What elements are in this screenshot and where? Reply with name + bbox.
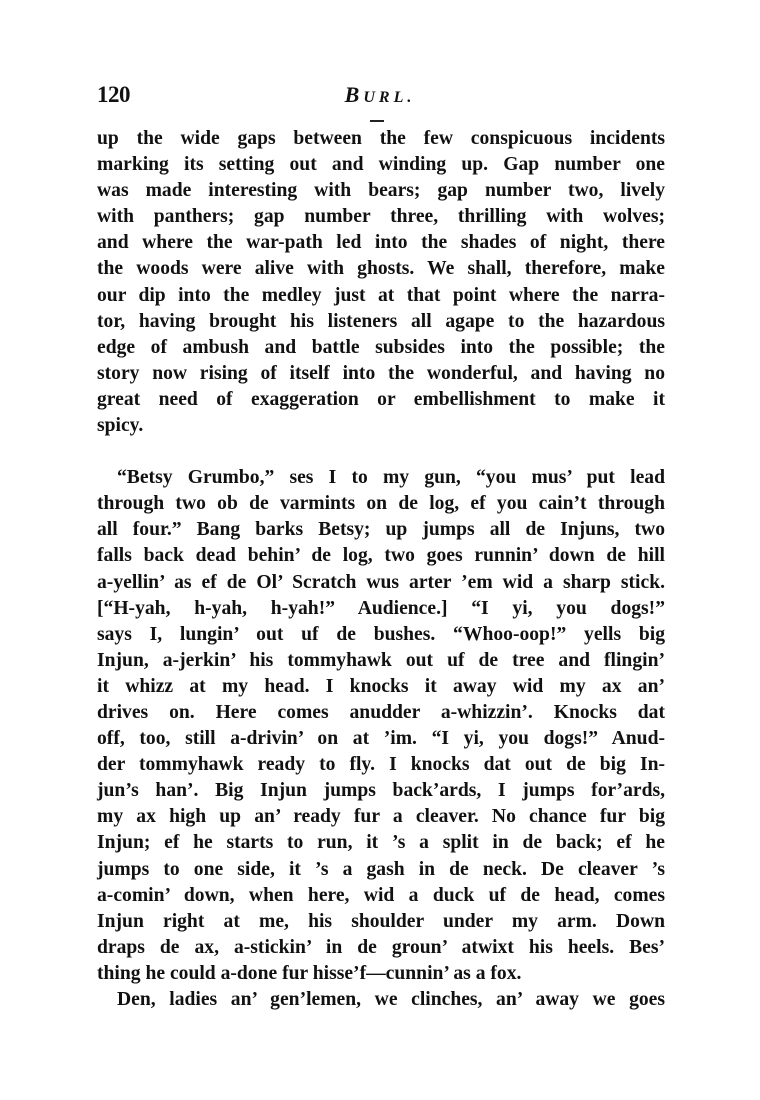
running-head: BURL. [97,82,663,108]
text-line: our dip into the medley just at that poi… [97,283,665,309]
text-line: a-comin’ down, when here, wid a duck uf … [97,883,665,909]
text-line: Injun right at me, his shoulder under my… [97,909,665,935]
text-line: Injun, a-jerkin’ his tommyhawk out uf de… [97,648,665,674]
text-line: der tommyhawk ready to fly. I knocks dat… [97,752,665,778]
text-line: great need of exaggeration or embellishm… [97,387,665,413]
text-line: draps de ax, a-stickin’ in de groun’ atw… [97,935,665,961]
text-line: through two ob de varmints on de log, ef… [97,491,665,517]
running-head-initial: B [345,82,364,107]
running-head-rest: URL. [363,89,415,106]
text-line: [“H-yah, h-yah, h-yah!” Audience.] “I yi… [97,596,665,622]
paragraph-spacer [97,439,665,465]
text-line: was made interesting with bears; gap num… [97,178,665,204]
text-line: drives on. Here comes anudder a-whizzin’… [97,700,665,726]
text-line: it whizz at my head. I knocks it away wi… [97,674,665,700]
text-line: up the wide gaps between the few conspic… [97,126,665,152]
body-text: up the wide gaps between the few conspic… [97,126,665,1013]
text-line: “Betsy Grumbo,” ses I to my gun, “you mu… [97,465,665,491]
paragraph-1: up the wide gaps between the few conspic… [97,126,665,439]
text-line: Injun; ef he starts to run, it ’s a spli… [97,830,665,856]
text-line: Den, ladies an’ gen’lemen, we clinches, … [97,987,665,1013]
text-line: spicy. [97,413,665,439]
text-line: with panthers; gap number three, thrilli… [97,204,665,230]
paragraph-2: “Betsy Grumbo,” ses I to my gun, “you mu… [97,465,665,987]
page-header: 120 BURL. [97,82,663,112]
text-line: says I, lungin’ out uf de bushes. “Whoo-… [97,622,665,648]
text-line: edge of ambush and battle subsides into … [97,335,665,361]
text-line: the woods were alive with ghosts. We sha… [97,256,665,282]
text-line: falls back dead behin’ de log, two goes … [97,543,665,569]
paragraph-3: Den, ladies an’ gen’lemen, we clinches, … [97,987,665,1013]
text-line: my ax high up an’ ready fur a cleaver. N… [97,804,665,830]
text-line: and where the war-path led into the shad… [97,230,665,256]
text-line: tor, having brought his listeners all ag… [97,309,665,335]
text-line: story now rising of itself into the wond… [97,361,665,387]
text-line: all four.” Bang barks Betsy; up jumps al… [97,517,665,543]
text-line: marking its setting out and winding up. … [97,152,665,178]
header-rule-divider [370,120,384,122]
text-line: jun’s han’. Big Injun jumps back’ards, I… [97,778,665,804]
text-line: a-yellin’ as ef de Ol’ Scratch wus arter… [97,570,665,596]
book-page: 120 BURL. up the wide gaps between the f… [0,0,760,1100]
text-line: jumps to one side, it ’s a gash in de ne… [97,857,665,883]
text-line: off, too, still a-drivin’ on at ’im. “I … [97,726,665,752]
text-line: thing he could a-done fur hisse’f—cunnin… [97,961,665,987]
